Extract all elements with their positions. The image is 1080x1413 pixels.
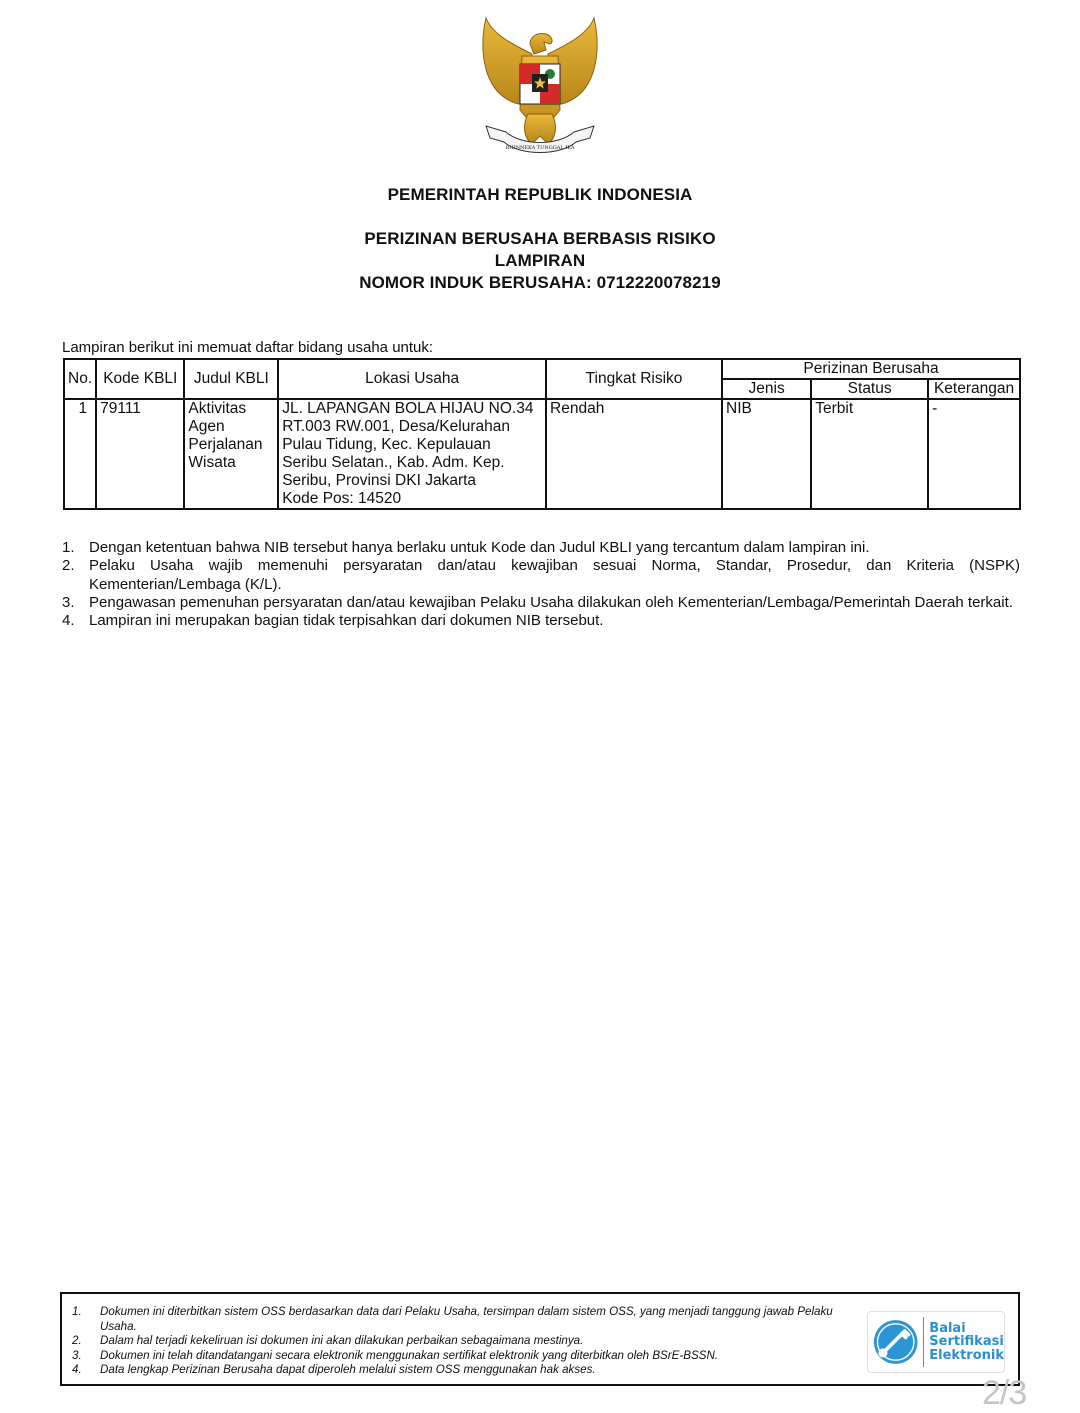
list-item: 3.Dokumen ini telah ditandatangani secar… (72, 1349, 862, 1364)
table-cell-judul-kbli: AktivitasAgenPerjalananWisata (184, 399, 278, 509)
table-row: 179111AktivitasAgenPerjalananWisataJL. L… (64, 399, 1020, 509)
list-item: 1.Dokumen ini diterbitkan sistem OSS ber… (72, 1305, 862, 1334)
col-header-no: No. (64, 359, 96, 399)
list-item-text: Pelaku Usaha wajib memenuhi persyaratan … (89, 557, 1020, 594)
table-cell-lokasi-line: Seribu Selatan., Kab. Adm. Kep. (282, 454, 542, 472)
col-header-risiko: Tingkat Risiko (546, 359, 722, 399)
government-heading: PEMERINTAH REPUBLIK INDONESIA (0, 185, 1080, 205)
table-cell-judul-kbli-line: Perjalanan (188, 436, 274, 454)
table-cell-jenis: NIB (722, 399, 811, 509)
list-item-number: 3. (72, 1349, 100, 1364)
document-title: PERIZINAN BERUSAHA BERBASIS RISIKO (0, 229, 1080, 249)
kbli-table: No. Kode KBLI Judul KBLI Lokasi Usaha Ti… (63, 358, 1021, 510)
footer-notes: 1.Dokumen ini diterbitkan sistem OSS ber… (72, 1305, 862, 1378)
col-header-keterangan: Keterangan (928, 379, 1020, 399)
list-item: 2.Dalam hal terjadi kekeliruan isi dokum… (72, 1334, 862, 1349)
list-item-number: 4. (62, 612, 89, 630)
table-cell-no: 1 (64, 399, 96, 509)
list-item: 4.Data lengkap Perizinan Berusaha dapat … (72, 1363, 862, 1378)
garuda-emblem-icon: BHINNEKA TUNGGAL IKA (472, 14, 608, 166)
notes-list: 1.Dengan ketentuan bahwa NIB tersebut ha… (62, 539, 1020, 630)
table-cell-lokasi-line: JL. LAPANGAN BOLA HIJAU NO.34 (282, 400, 542, 418)
table-cell-judul-kbli-line: Aktivitas (188, 400, 274, 418)
list-item: 4.Lampiran ini merupakan bagian tidak te… (62, 612, 1020, 630)
list-item-text: Dokumen ini telah ditandatangani secara … (100, 1349, 718, 1364)
table-cell-judul-kbli-line: Wisata (188, 454, 274, 472)
bsre-line-2: Sertifikasi (929, 1335, 1004, 1349)
table-cell-judul-kbli-line: Agen (188, 418, 274, 436)
table-cell-lokasi-line: Seribu, Provinsi DKI Jakarta (282, 472, 542, 490)
col-header-lokasi: Lokasi Usaha (278, 359, 546, 399)
col-header-jenis: Jenis (722, 379, 811, 399)
intro-text: Lampiran berikut ini memuat daftar bidan… (62, 339, 433, 356)
table-cell-kode-kbli: 79111 (96, 399, 184, 509)
col-header-status: Status (811, 379, 928, 399)
table-cell-lokasi-line: Kode Pos: 14520 (282, 490, 542, 508)
col-header-judul-kbli: Judul KBLI (184, 359, 278, 399)
list-item: 1.Dengan ketentuan bahwa NIB tersebut ha… (62, 539, 1020, 557)
list-item: 2.Pelaku Usaha wajib memenuhi persyarata… (62, 557, 1020, 594)
footer-box: 1.Dokumen ini diterbitkan sistem OSS ber… (60, 1292, 1020, 1386)
bsre-name: Balai Sertifikasi Elektronik (929, 1322, 1004, 1363)
list-item-number: 3. (62, 594, 89, 612)
list-item-text: Dalam hal terjadi kekeliruan isi dokumen… (100, 1334, 583, 1349)
key-icon (872, 1316, 919, 1368)
list-item-text: Lampiran ini merupakan bagian tidak terp… (89, 612, 1020, 630)
table-cell-risiko: Rendah (546, 399, 722, 509)
list-item-number: 1. (72, 1305, 100, 1334)
document-subtitle: LAMPIRAN (0, 251, 1080, 271)
bsre-logo: Balai Sertifikasi Elektronik (867, 1311, 1005, 1373)
list-item-number: 2. (62, 557, 89, 594)
list-item-number: 4. (72, 1363, 100, 1378)
table-cell-lokasi: JL. LAPANGAN BOLA HIJAU NO.34RT.003 RW.0… (278, 399, 546, 509)
nib-number: NOMOR INDUK BERUSAHA: 0712220078219 (0, 273, 1080, 293)
logo-divider (923, 1317, 924, 1367)
bsre-line-1: Balai (929, 1322, 1004, 1336)
table-cell-keterangan: - (928, 399, 1020, 509)
list-item: 3.Pengawasan pemenuhan persyaratan dan/a… (62, 594, 1020, 612)
list-item-text: Dokumen ini diterbitkan sistem OSS berda… (100, 1305, 862, 1334)
table-cell-lokasi-line: Pulau Tidung, Kec. Kepulauan (282, 436, 542, 454)
col-header-kode-kbli: Kode KBLI (96, 359, 184, 399)
col-header-perizinan: Perizinan Berusaha (722, 359, 1020, 379)
table-cell-status: Terbit (811, 399, 928, 509)
list-item-number: 1. (62, 539, 89, 557)
svg-text:BHINNEKA TUNGGAL IKA: BHINNEKA TUNGGAL IKA (506, 145, 575, 151)
table-cell-lokasi-line: RT.003 RW.001, Desa/Kelurahan (282, 418, 542, 436)
list-item-text: Data lengkap Perizinan Berusaha dapat di… (100, 1363, 596, 1378)
page-indicator: 2/3 (982, 1374, 1026, 1413)
list-item-text: Pengawasan pemenuhan persyaratan dan/ata… (89, 594, 1020, 612)
list-item-text: Dengan ketentuan bahwa NIB tersebut hany… (89, 539, 1020, 557)
list-item-number: 2. (72, 1334, 100, 1349)
bsre-line-3: Elektronik (929, 1349, 1004, 1363)
